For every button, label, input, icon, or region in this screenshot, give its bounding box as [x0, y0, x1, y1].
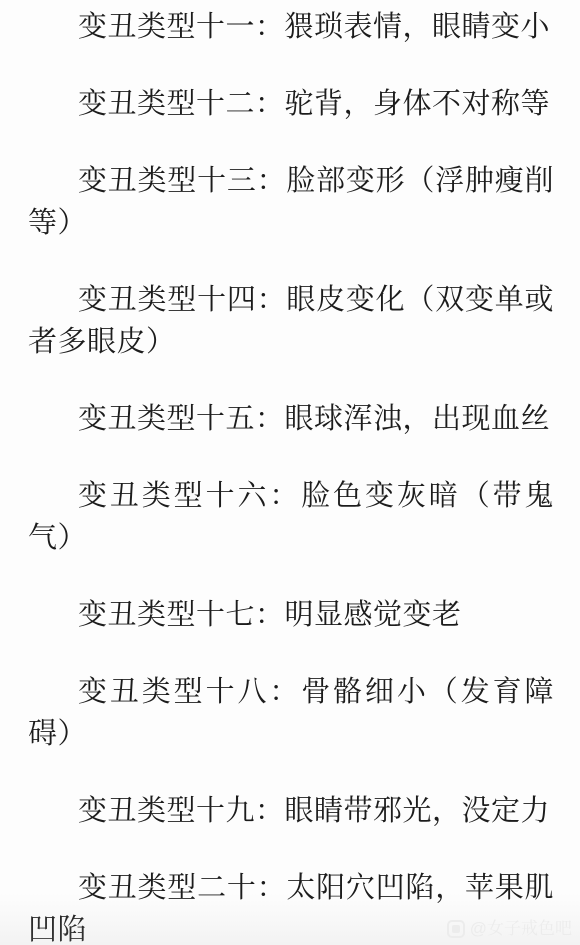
tieba-logo-icon: [447, 920, 465, 938]
list-item-type-15: 变丑类型十五：眼球浑浊，出现血丝: [28, 398, 554, 440]
list-item-type-16: 变丑类型十六：脸色变灰暗（带鬼气）: [28, 475, 554, 559]
list-item-type-12: 变丑类型十二：驼背，身体不对称等: [28, 83, 554, 125]
list-item-type-18: 变丑类型十八：骨骼细小（发育障碍）: [28, 671, 554, 755]
list-item-type-13: 变丑类型十三：脸部变形（浮肿瘦削等）: [28, 160, 554, 244]
list-item-type-14: 变丑类型十四：眼皮变化（双变单或者多眼皮）: [28, 279, 554, 363]
list-item-type-11: 变丑类型十一：猥琐表情，眼睛变小: [28, 6, 554, 48]
text-content: 变丑类型十一：猥琐表情，眼睛变小 变丑类型十二：驼背，身体不对称等 变丑类型十三…: [0, 0, 580, 945]
list-item-type-17: 变丑类型十七：明显感觉变老: [28, 594, 554, 636]
list-item-type-19: 变丑类型十九：眼睛带邪光，没定力: [28, 790, 554, 832]
watermark: @女子戒色吧: [447, 918, 572, 940]
watermark-text: @女子戒色吧: [470, 918, 572, 940]
